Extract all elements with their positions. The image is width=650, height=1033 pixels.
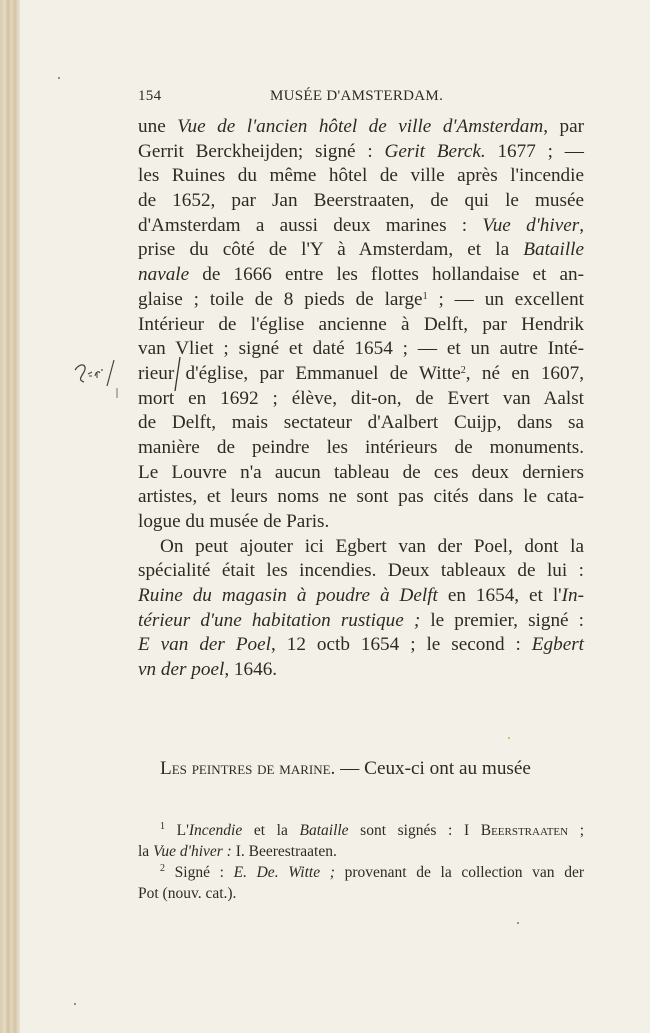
text-run: la (138, 843, 153, 860)
text-line: 2 Signé : E. De. Witte ; provenant de la… (138, 862, 584, 883)
italic-title: Egbert (532, 634, 584, 655)
text-run: prise du côté de l'Y à Amsterdam, et la (138, 239, 523, 260)
text-run: le premier, signé : (420, 610, 584, 631)
text-line: Le Louvre n'a aucun tableau de ces deux … (138, 461, 584, 486)
text-run: artistes, et leurs noms ne sont pas cité… (138, 486, 584, 507)
section-text: — Ceux-ci ont au musée (335, 758, 531, 779)
text-line: glaise ; toile de 8 pieds de large1 ; — … (138, 288, 584, 313)
book-page-edge (0, 0, 20, 1033)
italic-title: térieur d'une habitation rustique ; (138, 610, 420, 631)
footnotes: 1 L'Incendie et la Bataille sont signés … (138, 820, 584, 904)
text-run: provenant de la collection van der (335, 864, 584, 881)
pencil-insertion-mark (170, 355, 184, 395)
running-header: 154 MUSÉE D'AMSTERDAM. (138, 88, 584, 108)
text-run: 1677 ; — (486, 141, 584, 162)
text-run: Beerstraaten (481, 822, 568, 839)
paper-speck (517, 922, 519, 924)
text-line: Pot (nouv. cat.). (138, 883, 584, 904)
text-run: en 1654, et l' (438, 585, 562, 606)
text-run: On peut ajouter ici Egbert van der Poel,… (160, 536, 584, 557)
section-heading: Les peintres de marine. (160, 758, 335, 779)
section-heading-line: Les peintres de marine. — Ceux-ci ont au… (138, 758, 584, 783)
text-line: une Vue de l'ancien hôtel de ville d'Ams… (138, 115, 584, 140)
italic-title: Bataille (523, 239, 584, 260)
text-line: vn der poel, 1646. (138, 658, 584, 683)
text-line: 1 L'Incendie et la Bataille sont signés … (138, 820, 584, 841)
text-run: , par (543, 116, 584, 137)
text-line: prise du côté de l'Y à Amsterdam, et la … (138, 238, 584, 263)
text-line: rieur d'église, par Emmanuel de Witte2, … (138, 362, 584, 387)
text-line: navale de 1666 entre les flottes holland… (138, 263, 584, 288)
text-run: rieur d'église, par Emmanuel de Witte (138, 363, 461, 384)
text-run: L' (165, 822, 189, 839)
italic-title: Bataille (299, 822, 348, 839)
text-run: , (579, 215, 584, 236)
text-run: ; (568, 822, 584, 839)
text-run: de Delft, mais sectateur d'Aalbert Cuijp… (138, 412, 584, 433)
text-run: manière de peindre les intérieurs de mon… (138, 437, 584, 458)
paper-speck (58, 77, 60, 79)
italic-title: In- (562, 585, 584, 606)
text-run: et la (242, 822, 299, 839)
text-run: une (138, 116, 177, 137)
text-run: , né en 1607, (466, 363, 584, 384)
text-line: logue du musée de Paris. (138, 510, 584, 535)
text-run: les Ruines du même hôtel de ville après … (138, 165, 584, 186)
running-title: MUSÉE D'AMSTERDAM. (270, 88, 443, 105)
text-line: les Ruines du même hôtel de ville après … (138, 164, 584, 189)
text-line: de Delft, mais sectateur d'Aalbert Cuijp… (138, 411, 584, 436)
text-run: sont signés : I (349, 822, 481, 839)
text-run: Le Louvre n'a aucun tableau de ces deux … (138, 462, 584, 483)
text-run: logue du musée de Paris. (138, 511, 329, 532)
text-line: d'Amsterdam a aussi deux marines : Vue d… (138, 214, 584, 239)
text-run: van Vliet ; signé et daté 1654 ; — et un… (138, 338, 584, 359)
text-line: artistes, et leurs noms ne sont pas cité… (138, 485, 584, 510)
italic-title: navale (138, 264, 189, 285)
text-line: térieur d'une habitation rustique ; le p… (138, 609, 584, 634)
italic-title: Ruine du magasin à poudre à Delft (138, 585, 438, 606)
paper-speck (74, 1003, 76, 1005)
text-run: ; — un excellent (428, 289, 584, 310)
text-run: I. Beerestraaten. (232, 843, 337, 860)
text-line: manière de peindre les intérieurs de mon… (138, 436, 584, 461)
text-line: Gerrit Berckheijden; signé : Gerit Berck… (138, 140, 584, 165)
body-text: une Vue de l'ancien hôtel de ville d'Ams… (138, 115, 584, 683)
text-line: Ruine du magasin à poudre à Delft en 165… (138, 584, 584, 609)
text-line: mort en 1692 ; élève, dit-on, de Evert v… (138, 387, 584, 412)
text-run: , 12 octb 1654 ; le second : (271, 634, 532, 655)
italic-title: Vue d'hiver (482, 215, 579, 236)
italic-title: Vue de l'ancien hôtel de ville d'Amsterd… (177, 116, 543, 137)
text-line: On peut ajouter ici Egbert van der Poel,… (138, 535, 584, 560)
handwritten-marginal-note (72, 352, 132, 402)
text-line: la Vue d'hiver : I. Beerestraaten. (138, 841, 584, 862)
text-run: Signé : (165, 864, 234, 881)
italic-title: Vue d'hiver : (153, 843, 232, 860)
text-run: , 1646. (224, 659, 277, 680)
text-run: d'Amsterdam a aussi deux marines : (138, 215, 482, 236)
text-run: Intérieur de l'église ancienne à Delft, … (138, 314, 584, 335)
text-line: de 1652, par Jan Beerstraaten, de qui le… (138, 189, 584, 214)
text-line: Intérieur de l'église ancienne à Delft, … (138, 313, 584, 338)
italic-title: Incendie (189, 822, 242, 839)
text-line: spécialité était les incendies. Deux tab… (138, 559, 584, 584)
text-run: mort en 1692 ; élève, dit-on, de Evert v… (138, 388, 584, 409)
text-run: spécialité était les incendies. Deux tab… (138, 560, 584, 581)
text-run: Pot (nouv. cat.). (138, 885, 236, 902)
text-run: glaise ; toile de 8 pieds de large (138, 289, 423, 310)
italic-title: E van der Poel (138, 634, 271, 655)
text-run: de 1666 entre les flottes hollandaise et… (189, 264, 584, 285)
page-number: 154 (138, 88, 161, 105)
text-run: Gerrit Berckheijden; signé : (138, 141, 385, 162)
italic-title: Gerit Berck. (385, 141, 486, 162)
italic-title: vn der poel (138, 659, 224, 680)
text-run: de 1652, par Jan Beerstraaten, de qui le… (138, 190, 584, 211)
paper-speck (508, 737, 510, 739)
italic-title: E. De. Witte ; (234, 864, 335, 881)
text-line: E van der Poel, 12 octb 1654 ; le second… (138, 633, 584, 658)
text-line: van Vliet ; signé et daté 1654 ; — et un… (138, 337, 584, 362)
